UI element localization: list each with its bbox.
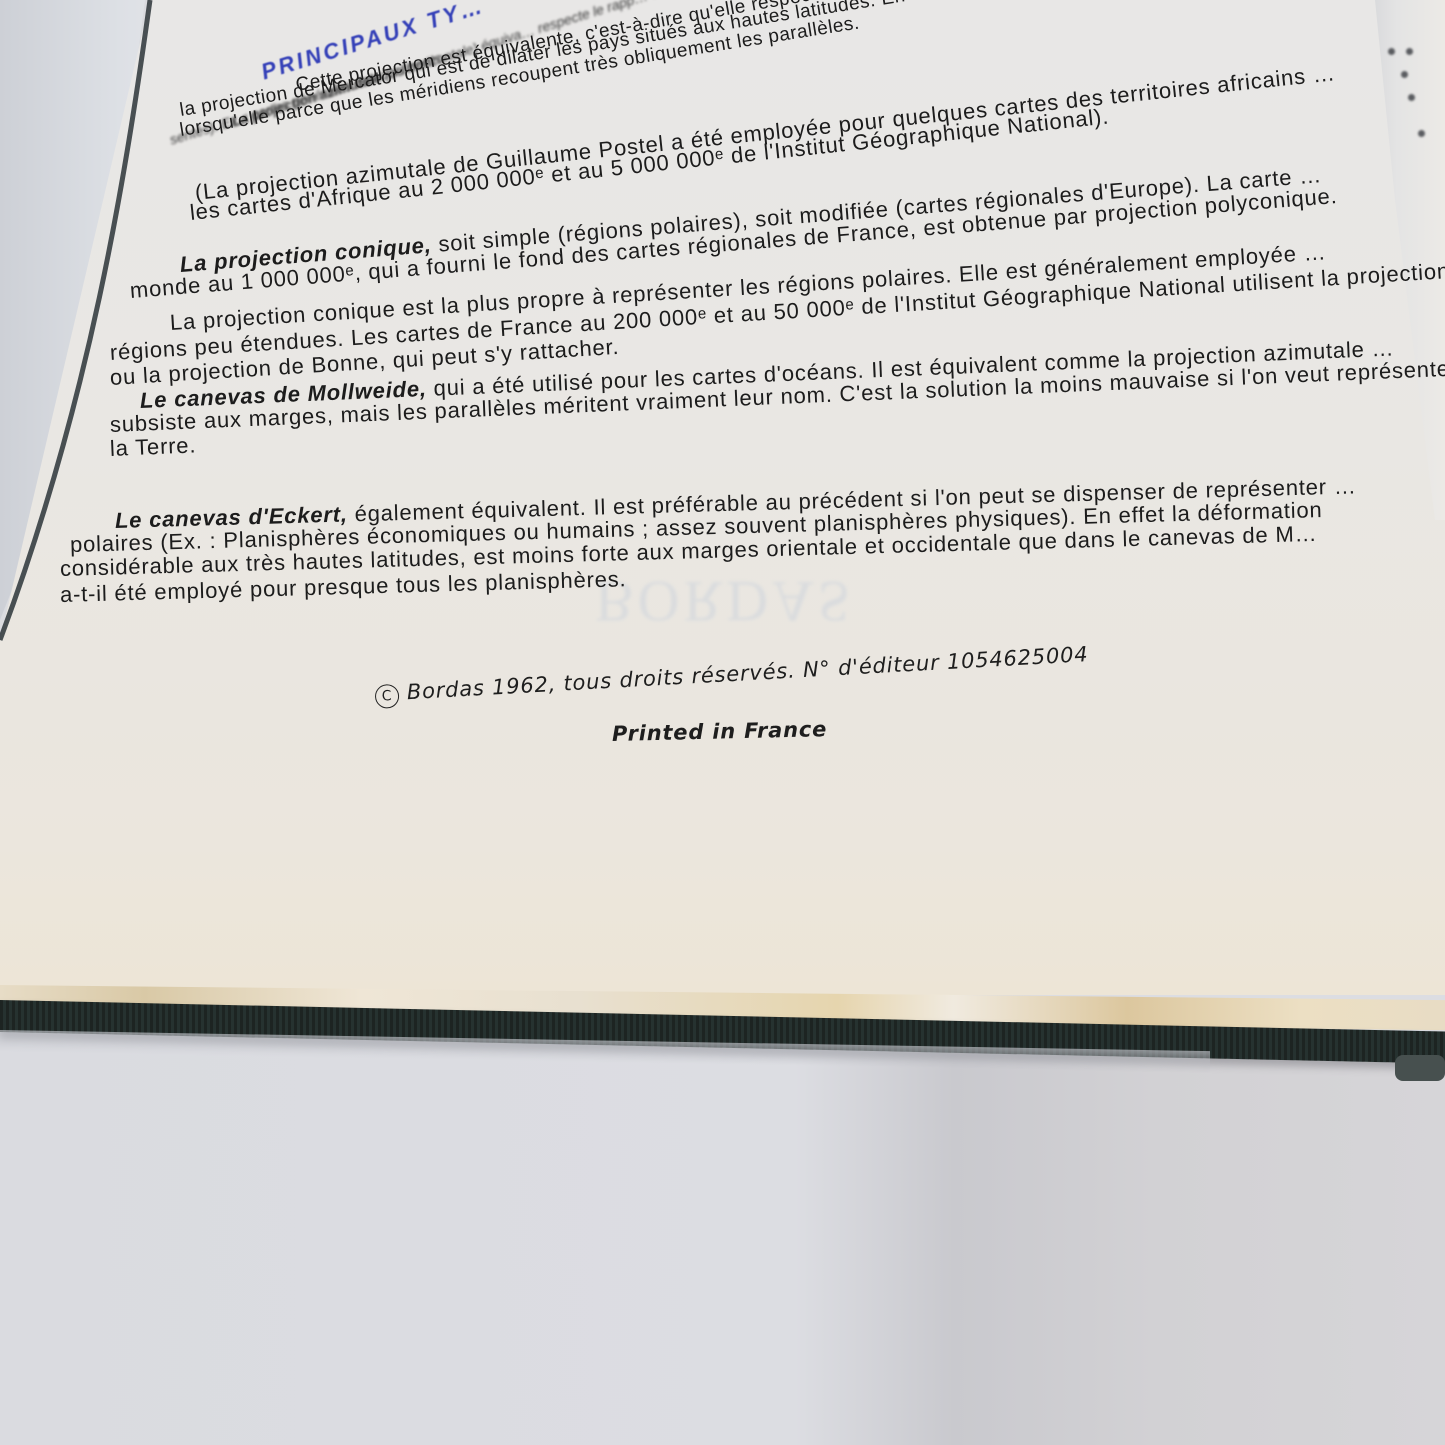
printed-in-label: Printed in France <box>612 717 828 746</box>
bleed-through-text: BORDAS <box>595 568 854 635</box>
line-text: la Terre. <box>109 432 196 461</box>
table-surface <box>0 1040 1445 1445</box>
text-line: la Terre. <box>109 432 196 462</box>
book-corner <box>1395 1055 1445 1081</box>
copyright-icon: C <box>374 684 399 709</box>
